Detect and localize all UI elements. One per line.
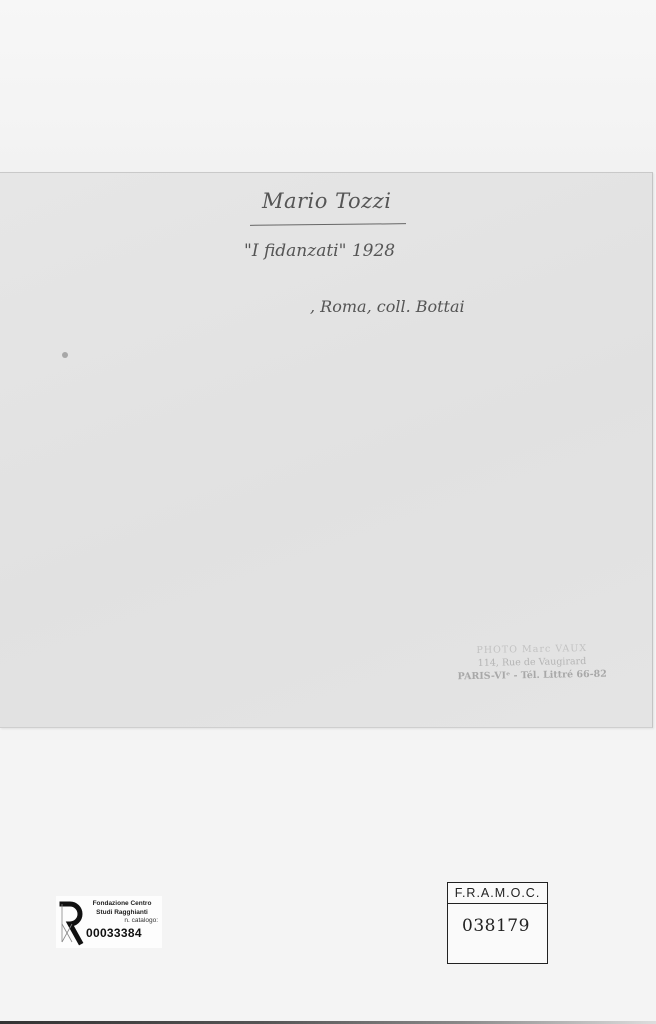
stamp-city-phone: PARIS-VIᵉ - Tél. Littré 66-82 xyxy=(452,668,612,684)
handwritten-artwork-title: "I fidanzati" 1928 xyxy=(244,241,395,261)
scan-background-top xyxy=(0,0,656,172)
framoc-stamp: F.R.A.M.O.C. 038179 xyxy=(447,882,548,964)
catalog-organization: Fondazione Centro Studi Ragghianti xyxy=(86,900,158,917)
paper-speck xyxy=(62,352,68,358)
handwritten-artist-name: Mario Tozzi xyxy=(262,189,391,213)
artist-underline xyxy=(250,223,406,226)
photo-verso-card: Mario Tozzi "I fidanzati" 1928 , Roma, c… xyxy=(0,172,653,728)
framoc-header: F.R.A.M.O.C. xyxy=(448,883,547,904)
catalog-label-text: Fondazione Centro Studi Ragghianti n. ca… xyxy=(86,900,158,941)
framoc-number: 038179 xyxy=(448,904,547,936)
photographer-stamp: PHOTO Marc VAUX 114, Rue de Vaugirard PA… xyxy=(452,642,613,684)
catalog-number: 00033384 xyxy=(86,926,158,941)
catalog-caption: n. catalogo: xyxy=(86,917,158,926)
fcsr-r-logo-icon xyxy=(58,900,84,946)
handwritten-collection-location: , Roma, coll. Bottai xyxy=(310,297,465,316)
catalog-label: Fondazione Centro Studi Ragghianti n. ca… xyxy=(56,896,162,948)
